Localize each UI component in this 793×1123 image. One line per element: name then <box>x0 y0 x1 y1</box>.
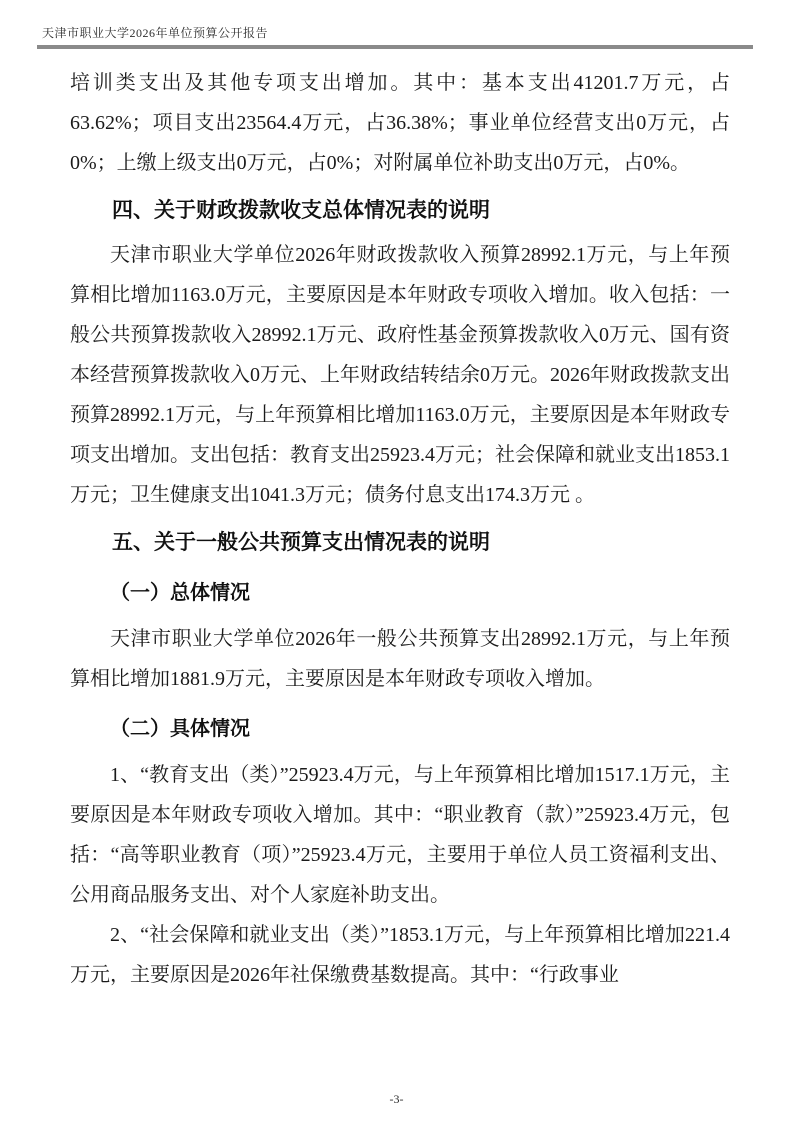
header-rule <box>37 45 753 49</box>
page-header: 天津市职业大学2026年单位预算公开报告 <box>37 0 753 45</box>
subsection-heading-1: （一）总体情况 <box>70 573 730 613</box>
body-paragraph-item-2: 2、“社会保障和就业支出（类）”1853.1万元，与上年预算相比增加221.4万… <box>70 915 730 995</box>
body-paragraph: 天津市职业大学单位2026年财政拨款收入预算28992.1万元，与上年预算相比增… <box>70 235 730 515</box>
subsection-heading-2: （二）具体情况 <box>70 709 730 749</box>
header-title: 天津市职业大学2026年单位预算公开报告 <box>42 26 753 40</box>
body-paragraph-continued: 培训类支出及其他专项支出增加。其中：基本支出41201.7万元，占63.62%；… <box>70 63 730 183</box>
document-page: 天津市职业大学2026年单位预算公开报告 培训类支出及其他专项支出增加。其中：基… <box>0 0 793 1123</box>
document-body: 培训类支出及其他专项支出增加。其中：基本支出41201.7万元，占63.62%；… <box>0 63 793 995</box>
section-heading-4: 四、关于财政拨款收支总体情况表的说明 <box>70 191 730 231</box>
body-paragraph: 天津市职业大学单位2026年一般公共预算支出28992.1万元，与上年预算相比增… <box>70 619 730 699</box>
page-number: -3- <box>0 1092 793 1107</box>
body-paragraph-item-1: 1、“教育支出（类）”25923.4万元，与上年预算相比增加1517.1万元，主… <box>70 755 730 915</box>
section-heading-5: 五、关于一般公共预算支出情况表的说明 <box>70 523 730 563</box>
